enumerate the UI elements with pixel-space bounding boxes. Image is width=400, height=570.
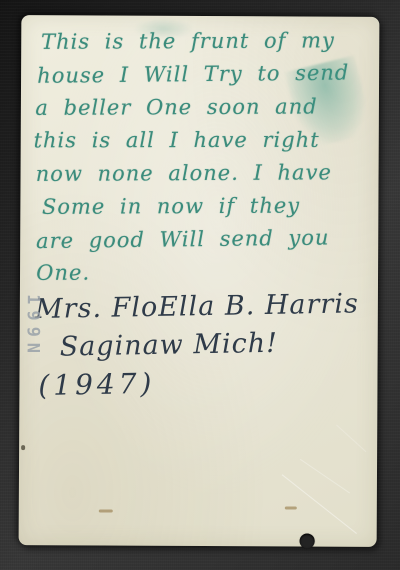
message-line: a beller One soon and — [35, 90, 371, 125]
message-line: house I Will Try to send — [37, 56, 371, 92]
scratch-mark — [300, 459, 350, 494]
signature-year: (1947) — [38, 361, 377, 405]
message-line: Some in now if they — [42, 189, 372, 224]
scratch-mark — [282, 474, 357, 534]
photo-backdrop: This is the frunt of my house I Will Try… — [0, 0, 400, 570]
signature-name: Mrs. FloElla B. Harris — [35, 285, 376, 329]
message-line: this is all I have right — [34, 124, 372, 158]
paper-stamp-number: 199N — [23, 294, 43, 359]
handwritten-message: This is the frunt of my house I Will Try… — [35, 24, 372, 290]
message-line: One. — [36, 255, 372, 290]
handwritten-signature: Mrs. FloElla B. Harris Saginaw Mich! (19… — [35, 285, 377, 405]
stain-speck — [21, 445, 25, 450]
punch-hole — [300, 534, 315, 549]
signature-place: Saginaw Mich! — [59, 323, 376, 367]
message-line: are good Will send you — [36, 221, 372, 258]
photo-card-back: This is the frunt of my house I Will Try… — [19, 15, 380, 547]
stain-speck — [99, 509, 113, 512]
message-line: now none alone. I have — [36, 156, 372, 191]
scratch-mark — [336, 424, 366, 452]
message-line: This is the frunt of my — [41, 24, 371, 59]
stain-speck — [285, 506, 297, 509]
